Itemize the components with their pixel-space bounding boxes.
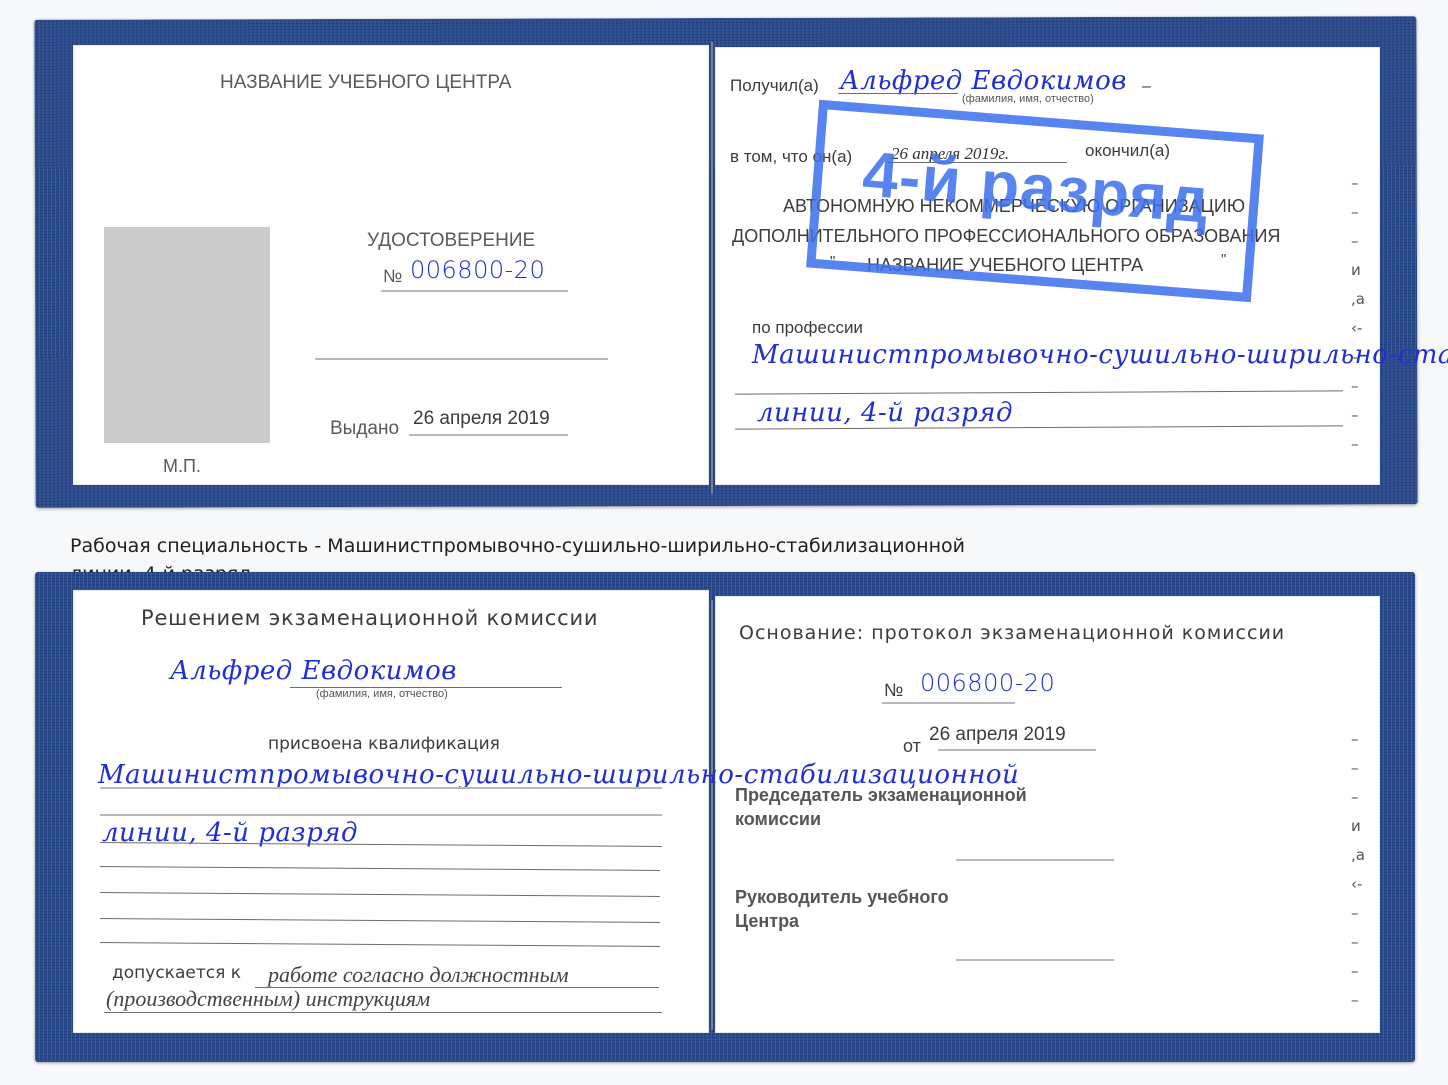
edge-mark: – [1351,933,1359,951]
commission-heading: Решением экзаменационной комиссии [141,606,598,630]
edge-mark: – [1351,991,1359,1009]
received-label: Получил(а) [730,76,819,96]
seal-label: М.П. [163,456,201,477]
protocol-date-underline [938,749,1096,751]
grade-stamp: 4-й разряд [806,100,1264,302]
certificate-title: УДОСТОВЕРЕНИЕ [367,230,535,252]
inner-recipient-name: Альфред Евдокимов [170,656,457,686]
edge-mark: – [1351,904,1359,922]
qualification-underline-1 [100,814,662,816]
grade-stamp-text: 4-й разряд [820,133,1252,240]
issued-label: Выдано [330,418,399,440]
qualification-label: присвоена квалификация [268,734,500,754]
chairman-signature-line [956,859,1114,861]
edge-mark: ,а [1351,290,1365,308]
edge-mark: – [1351,759,1359,777]
signature-line [315,358,608,360]
name-hint: (фамилия, имя, отчество) [962,93,1094,105]
edge-mark: – [1351,406,1359,424]
number-label: № [383,266,402,287]
protocol-date-label: от [903,736,921,757]
head-label-1: Руководитель учебного [735,887,949,908]
org-name-heading: НАЗВАНИЕ УЧЕБНОГО ЦЕНТРА [220,72,512,94]
edge-mark: – [1351,203,1359,221]
protocol-number-underline [882,702,1015,704]
edge-mark: – [1351,730,1359,748]
caption-line-1: Рабочая специальность - Машинистпромывоч… [70,532,1070,560]
issued-underline [409,434,568,436]
edge-mark: – [1351,962,1359,980]
protocol-number-label: № [884,680,903,701]
inner-name-hint: (фамилия, имя, отчество) [316,688,448,700]
edge-mark: – [1351,348,1359,366]
profession-line-1: Машинистпромывочно-сушильно-ширильно-ста… [752,340,1448,370]
basis-label: Основание: протокол экзаменационной коми… [739,622,1285,644]
edge-mark: – [1351,435,1359,453]
edge-mark: – [1351,788,1359,806]
admitted-label: допускается к [112,963,241,983]
head-label-2: Центра [735,911,799,932]
front-spine [711,42,713,494]
recipient-underline [838,93,958,94]
admitted-line-2: (производственным) инструкциям [106,986,430,1012]
profession-line-2: линии, 4-й разряд [757,398,1013,428]
profession-label: по профессии [752,318,863,338]
recipient-name: Альфред Евдокимов [840,66,1127,96]
certificate-number: 006800-20 [410,256,545,284]
admitted-underline-2 [104,1012,662,1013]
admitted-line-1: работе согласно должностным [268,962,569,988]
edge-mark: ‹- [1351,319,1362,337]
qualification-underline-0 [100,787,662,789]
edge-mark: и [1351,817,1361,835]
photo-placeholder [104,227,270,443]
protocol-date: 26 апреля 2019 [929,724,1066,746]
number-underline [381,290,568,292]
edge-mark: – [1351,174,1359,192]
edge-mark: – [1351,232,1359,250]
edge-mark: – [1351,377,1359,395]
chairman-label-1: Председатель экзаменационной [735,785,1027,806]
protocol-number: 006800-20 [920,669,1055,697]
edge-mark: ,а [1351,846,1365,864]
edge-mark: и [1351,261,1361,279]
inner-spine [711,600,713,1030]
edge-mark: ‹- [1351,875,1362,893]
issued-date: 26 апреля 2019 [413,408,550,430]
chairman-label-2: комиссии [735,809,821,830]
trailing-dash: – [1142,78,1151,96]
head-signature-line [956,959,1114,961]
